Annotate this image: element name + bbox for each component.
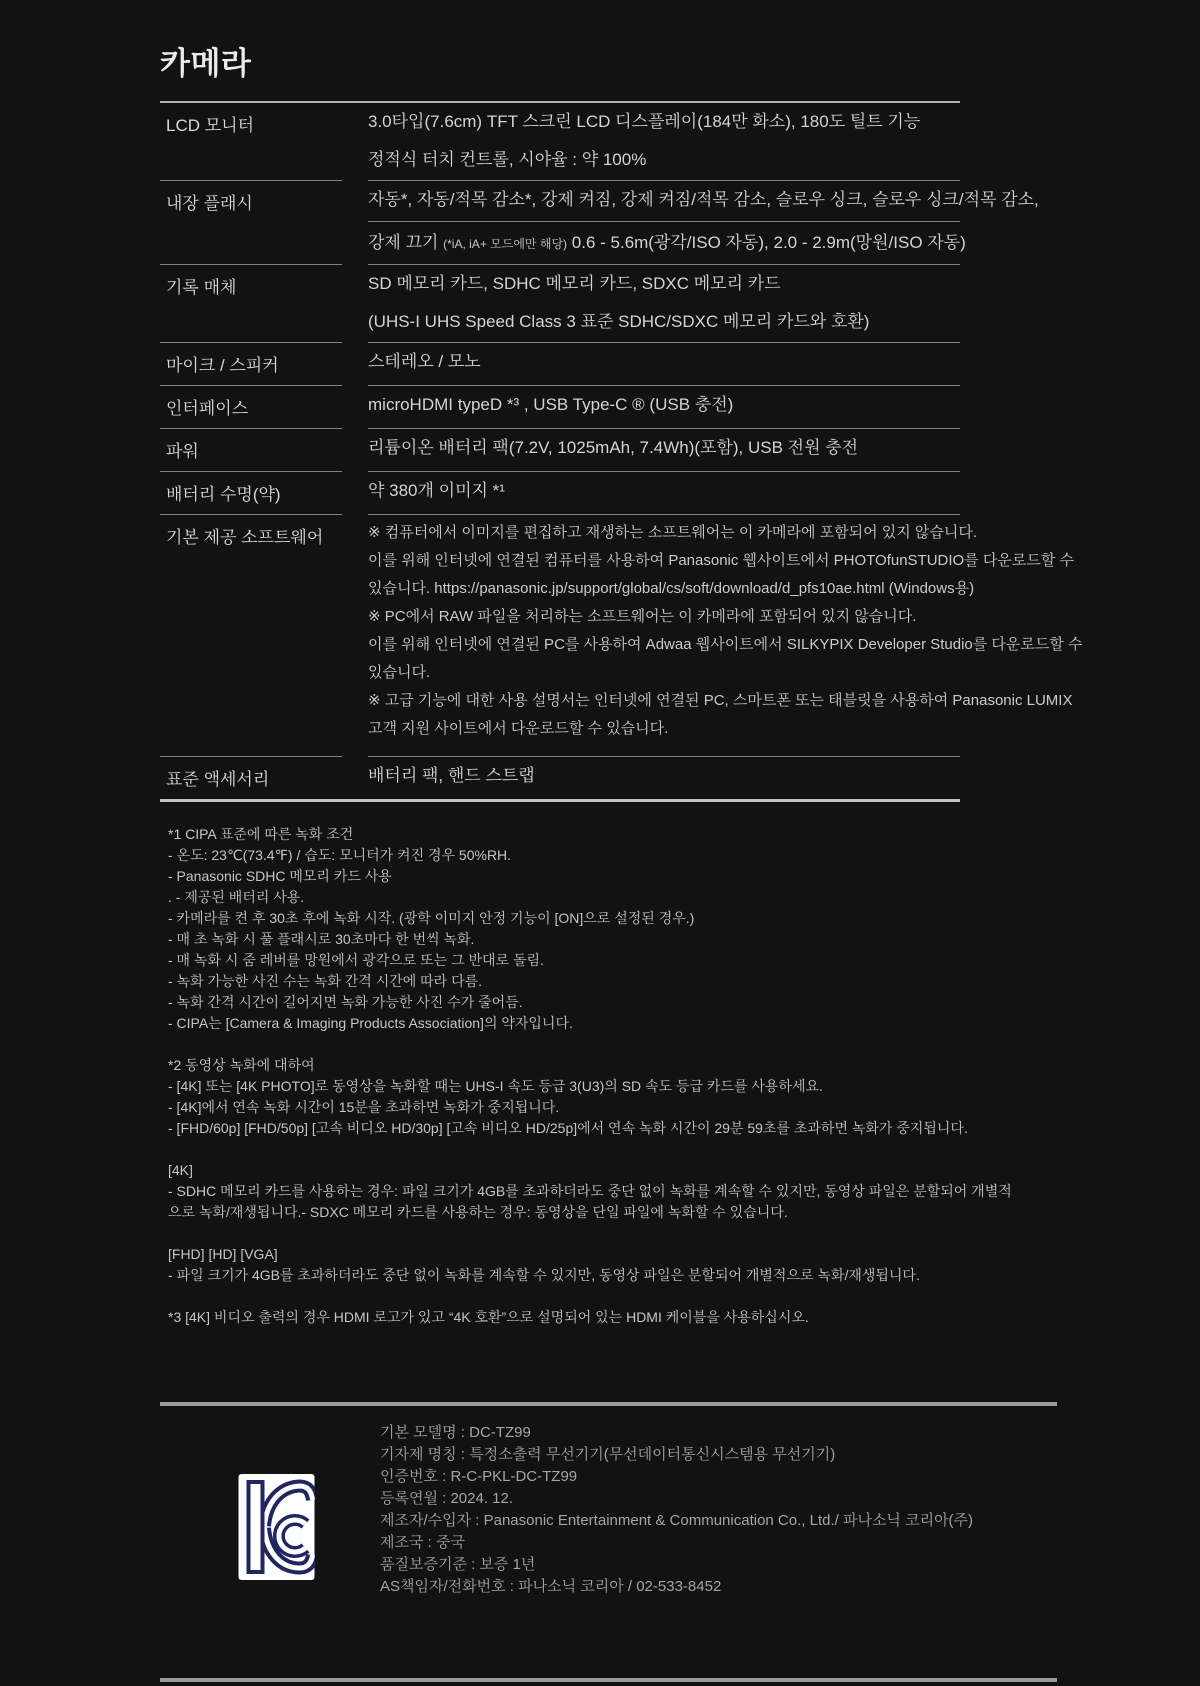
spec-label: 기록 매체 [160, 265, 342, 343]
footnote-block: *3 [4K] 비디오 출력의 경우 HDMI 로고가 있고 “4K 호환”으로… [168, 1307, 1018, 1328]
spec-row: 기본 제공 소프트웨어※ 컴퓨터에서 이미지를 편집하고 재생하는 소프트웨어는… [160, 515, 960, 757]
spec-value-line: ※ 컴퓨터에서 이미지를 편집하고 재생하는 소프트웨어는 이 카메라에 포함되… [368, 523, 960, 543]
certification-lines: 기본 모델명 : DC-TZ99기자제 명칭 : 특정소출력 무선기기(무선데이… [380, 1422, 973, 1598]
footnote-line: . - 제공된 배터리 사용. [168, 887, 1018, 908]
spec-value-text: 0.6 - 5.6m(광각/ISO 자동), 2.0 - 2.9m(망원/ISO… [567, 233, 966, 252]
footnote-line: - 녹화 가능한 사진 수는 녹화 간격 시간에 따라 다름. [168, 971, 1018, 992]
certification-line: 기자제 명칭 : 특정소출력 무선기기(무선데이터통신시스템용 무선기기) [380, 1444, 973, 1466]
certification-block: 기본 모델명 : DC-TZ99기자제 명칭 : 특정소출력 무선기기(무선데이… [160, 1422, 1200, 1598]
spec-value-line: 있습니다. https://panasonic.jp/support/globa… [368, 579, 960, 599]
spec-value-line: 강제 끄기 (*iA, iA+ 모드에만 해당) 0.6 - 5.6m(광각/I… [368, 232, 960, 255]
spec-value: SD 메모리 카드, SDHC 메모리 카드, SDXC 메모리 카드(UHS-… [368, 265, 960, 343]
footnotes: *1 CIPA 표준에 따른 녹화 조건- 온도: 23℃(73.4℉) / 습… [160, 824, 1018, 1328]
footnote-line: - CIPA는 [Camera & Imaging Products Assoc… [168, 1013, 1018, 1034]
spec-value-line: 배터리 팩, 핸드 스트랩 [368, 765, 960, 787]
spec-value-line: 이를 위해 인터넷에 연결된 컴퓨터를 사용하여 Panasonic 웹사이트에… [368, 551, 960, 571]
certification-line: 제조자/수입자 : Panasonic Entertainment & Comm… [380, 1510, 973, 1532]
certification-line: 등록연월 : 2024. 12. [380, 1488, 973, 1510]
spec-value-line: 자동*, 자동/적목 감소*, 강제 켜짐, 강제 켜짐/적목 감소, 슬로우 … [368, 189, 960, 211]
spec-label: 파워 [160, 429, 342, 472]
certification-line: 기본 모델명 : DC-TZ99 [380, 1422, 973, 1444]
spec-row: 파워리튬이온 배터리 팩(7.2V, 1025mAh, 7.4Wh)(포함), … [160, 429, 960, 472]
footnote-line: - 카메라를 켠 후 30초 후에 녹화 시작. (광학 이미지 안정 기능이 … [168, 908, 1018, 929]
certification-line: 인증번호 : R-C-PKL-DC-TZ99 [380, 1466, 973, 1488]
footnote-line: - 녹화 간격 시간이 길어지면 녹화 가능한 사진 수가 줄어듬. [168, 992, 1018, 1013]
footnote-line: - [4K]에서 연속 녹화 시간이 15분을 초과하면 녹화가 중지됩니다. [168, 1097, 1018, 1118]
spec-value-text: 강제 끄기 [368, 233, 443, 252]
spec-label: 기본 제공 소프트웨어 [160, 515, 342, 757]
footnote-line: - Panasonic SDHC 메모리 카드 사용 [168, 866, 1018, 887]
spec-value-line: 고객 지원 사이트에서 다운로드할 수 있습니다. [368, 719, 960, 739]
spec-row: 마이크 / 스피커스테레오 / 모노 [160, 343, 960, 386]
certification-line: AS책임자/전화번호 : 파나소닉 코리아 / 02-533-8452 [380, 1576, 973, 1598]
spec-value-note: (*iA, iA+ 모드에만 해당) [443, 237, 567, 251]
page-title: 카메라 [160, 38, 1200, 83]
spec-value-line: ※ 고급 기능에 대한 사용 설명서는 인터넷에 연결된 PC, 스마트폰 또는… [368, 691, 960, 711]
spec-label: 마이크 / 스피커 [160, 343, 342, 386]
footnote-line: - 매 초 녹화 시 풀 플래시로 30초마다 한 번씩 녹화. [168, 929, 1018, 950]
kc-logo-column [160, 1422, 380, 1598]
footnote-block: *1 CIPA 표준에 따른 녹화 조건- 온도: 23℃(73.4℉) / 습… [168, 824, 1018, 1034]
spec-value-line: (UHS-I UHS Speed Class 3 표준 SDHC/SDXC 메모… [368, 311, 960, 333]
footnote-block: [4K]- SDHC 메모리 카드를 사용하는 경우: 파일 크기가 4GB를 … [168, 1160, 1018, 1223]
spec-row: LCD 모니터3.0타입(7.6cm) TFT 스크린 LCD 디스플레이(18… [160, 103, 960, 181]
spec-value-line: 정적식 터치 컨트롤, 시야율 : 약 100% [368, 149, 960, 171]
spec-value-line: 약 380개 이미지 *¹ [368, 480, 960, 502]
footnote-line: - 파일 크기가 4GB를 초과하더라도 중단 없이 녹화를 계속할 수 있지만… [168, 1265, 1018, 1286]
footnote-line: - [FHD/60p] [FHD/50p] [고속 비디오 HD/30p] [고… [168, 1118, 1018, 1139]
spec-value-line: SD 메모리 카드, SDHC 메모리 카드, SDXC 메모리 카드 [368, 273, 960, 295]
spec-value: 자동*, 자동/적목 감소*, 강제 켜짐, 강제 켜짐/적목 감소, 슬로우 … [368, 181, 960, 265]
spec-value-line: 3.0타입(7.6cm) TFT 스크린 LCD 디스플레이(184만 화소),… [368, 111, 960, 133]
spec-value: ※ 컴퓨터에서 이미지를 편집하고 재생하는 소프트웨어는 이 카메라에 포함되… [368, 515, 960, 757]
spec-table: LCD 모니터3.0타입(7.6cm) TFT 스크린 LCD 디스플레이(18… [160, 101, 960, 802]
spec-value-line: microHDMI typeD *³ , USB Type-C ® (USB 충… [368, 394, 960, 416]
footnote-block: *2 동영상 녹화에 대하여- [4K] 또는 [4K PHOTO]로 동영상을… [168, 1055, 1018, 1139]
spec-label: 표준 액세서리 [160, 757, 342, 799]
certification-line: 제조국 : 중국 [380, 1532, 973, 1554]
spec-row: 내장 플래시자동*, 자동/적목 감소*, 강제 켜짐, 강제 켜짐/적목 감소… [160, 181, 960, 265]
divider-above-certification [160, 1402, 1057, 1406]
spec-value-line: 있습니다. [368, 663, 960, 683]
spec-row: 배터리 수명(약)약 380개 이미지 *¹ [160, 472, 960, 515]
footnote-line: - SDHC 메모리 카드를 사용하는 경우: 파일 크기가 4GB를 초과하더… [168, 1181, 1018, 1223]
footnote-block: [FHD] [HD] [VGA]- 파일 크기가 4GB를 초과하더라도 중단 … [168, 1244, 1018, 1286]
spec-row: 인터페이스microHDMI typeD *³ , USB Type-C ® (… [160, 386, 960, 429]
spec-value: 리튬이온 배터리 팩(7.2V, 1025mAh, 7.4Wh)(포함), US… [368, 429, 960, 472]
spec-label: 배터리 수명(약) [160, 472, 342, 515]
spec-label: LCD 모니터 [160, 103, 342, 181]
spec-row: 표준 액세서리배터리 팩, 핸드 스트랩 [160, 757, 960, 799]
footnote-line: - 매 녹화 시 줌 레버를 망원에서 광각으로 또는 그 반대로 돌림. [168, 950, 1018, 971]
footnote-line: - 온도: 23℃(73.4℉) / 습도: 모니터가 켜진 경우 50%RH. [168, 845, 1018, 866]
spec-value: microHDMI typeD *³ , USB Type-C ® (USB 충… [368, 386, 960, 429]
footnote-line: - [4K] 또는 [4K PHOTO]로 동영상을 녹화할 때는 UHS-I … [168, 1076, 1018, 1097]
footnote-line: *3 [4K] 비디오 출력의 경우 HDMI 로고가 있고 “4K 호환”으로… [168, 1307, 1018, 1328]
spec-label: 인터페이스 [160, 386, 342, 429]
spec-value-line: 스테레오 / 모노 [368, 351, 960, 373]
kc-certification-logo [238, 1474, 315, 1580]
spec-value: 약 380개 이미지 *¹ [368, 472, 960, 515]
spec-value: 배터리 팩, 핸드 스트랩 [368, 757, 960, 799]
camera-spec-page: 카메라 LCD 모니터3.0타입(7.6cm) TFT 스크린 LCD 디스플레… [0, 0, 1200, 1682]
footnote-line: [4K] [168, 1160, 1018, 1181]
spec-value: 스테레오 / 모노 [368, 343, 960, 386]
footnote-line: [FHD] [HD] [VGA] [168, 1244, 1018, 1265]
footnote-line: *1 CIPA 표준에 따른 녹화 조건 [168, 824, 1018, 845]
certification-line: 품질보증기준 : 보증 1년 [380, 1554, 973, 1576]
spec-label: 내장 플래시 [160, 181, 342, 265]
spec-value-line: 리튬이온 배터리 팩(7.2V, 1025mAh, 7.4Wh)(포함), US… [368, 437, 960, 459]
spec-value-line: ※ PC에서 RAW 파일을 처리하는 소프트웨어는 이 카메라에 포함되어 있… [368, 607, 960, 627]
spec-value-line: 이를 위해 인터넷에 연결된 PC를 사용하여 Adwaa 웹사이트에서 SIL… [368, 635, 960, 655]
divider-page-bottom [160, 1678, 1057, 1682]
value-inner-divider [368, 221, 960, 222]
footnote-line: *2 동영상 녹화에 대하여 [168, 1055, 1018, 1076]
spec-value: 3.0타입(7.6cm) TFT 스크린 LCD 디스플레이(184만 화소),… [368, 103, 960, 181]
spec-row: 기록 매체SD 메모리 카드, SDHC 메모리 카드, SDXC 메모리 카드… [160, 265, 960, 343]
